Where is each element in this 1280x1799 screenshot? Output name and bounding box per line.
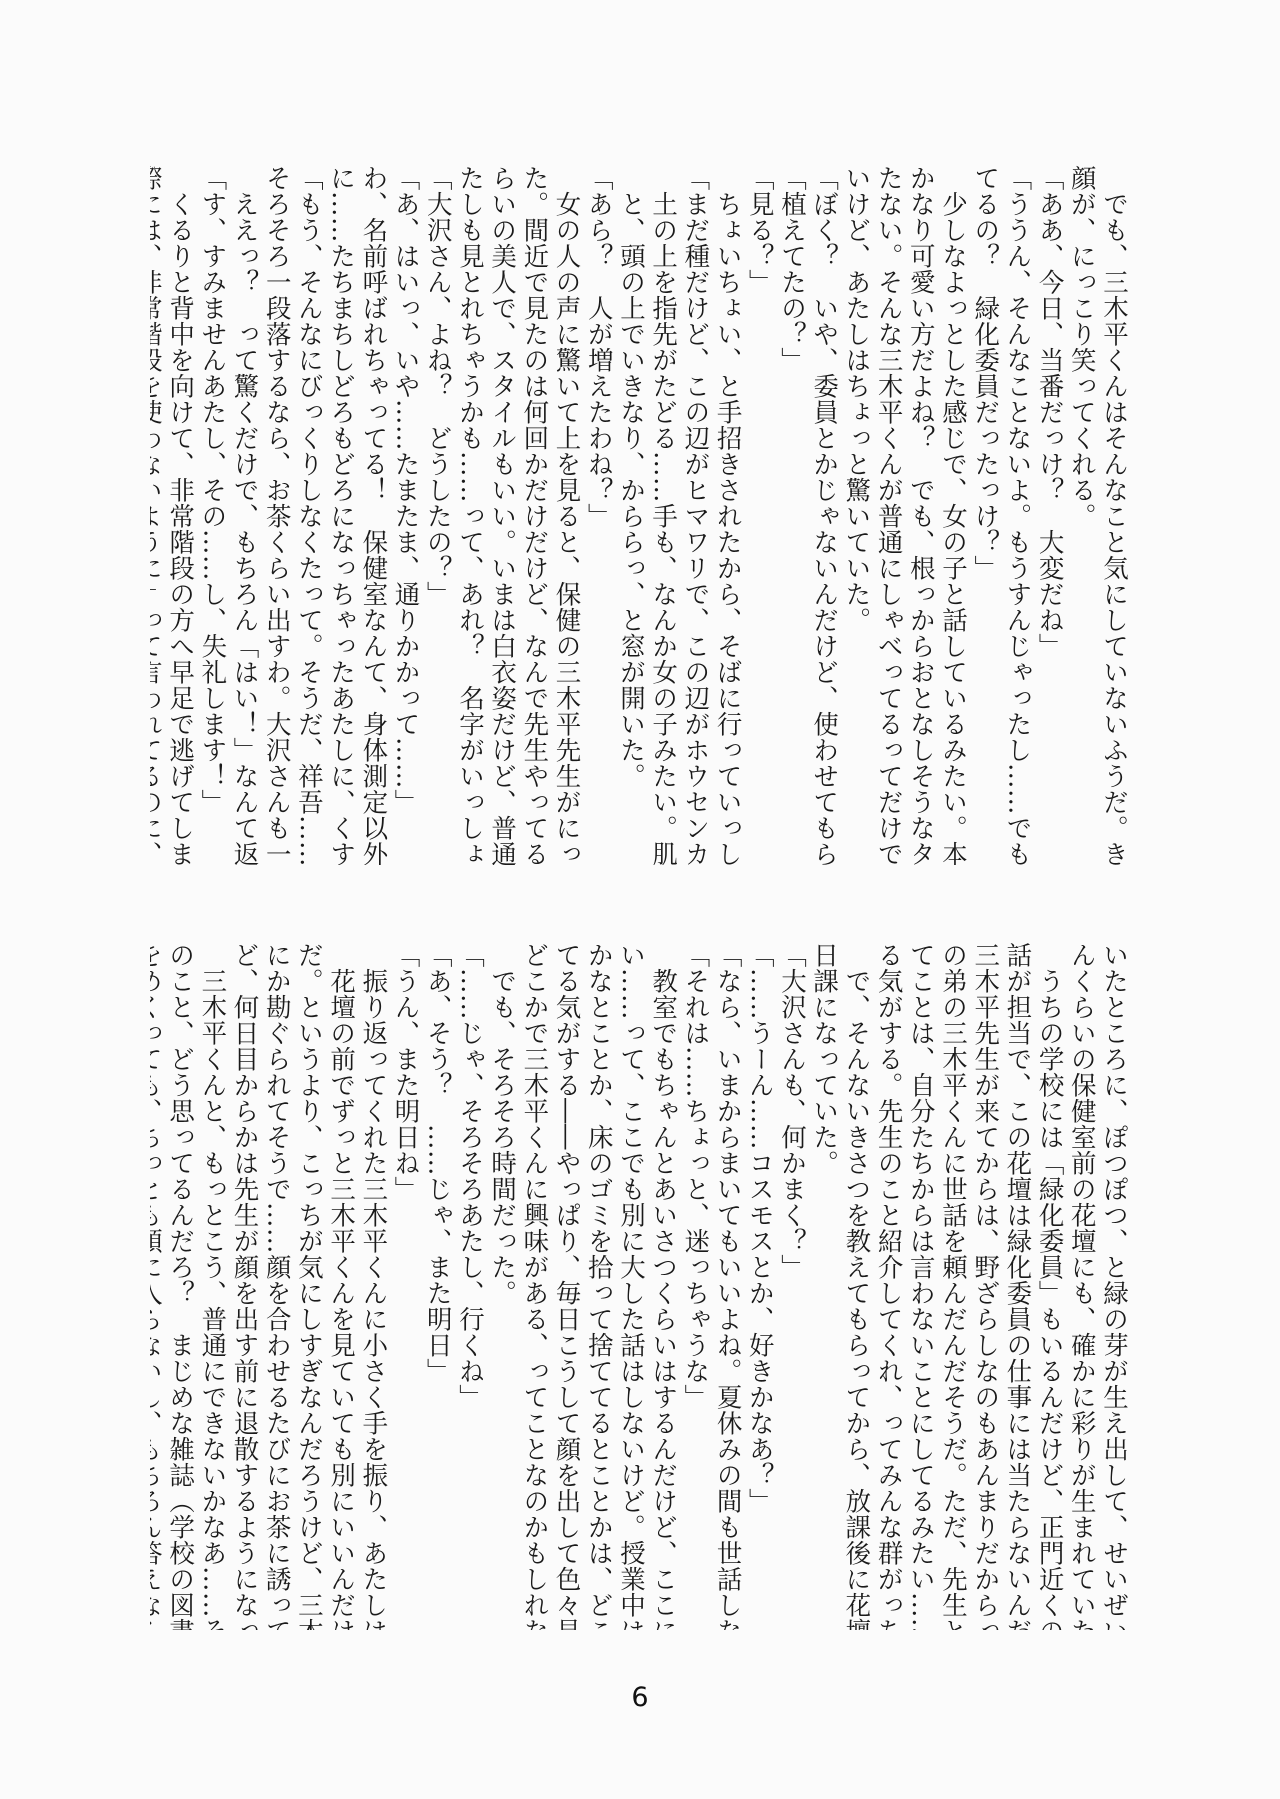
- text-line: 女の人の声に驚いて上を見ると、保健の三木平先生がにっこり笑顔を浮かべて: [550, 165, 582, 865]
- text-line: たしも見とれちゃうかも……って、あれ？ 名字がいっしょ、ってのは？: [454, 165, 486, 865]
- text-line: だ。というより、こっちが気にしすぎなんだろうけど、三木平くんとのことをな: [293, 942, 325, 1630]
- text-line: 三木平先生が来てからは、野ざらしなのもあんまりだからってことで、先生の実: [969, 942, 1001, 1630]
- text-block-top: でも、三木平くんはそんなこと気にしていないふうだ。きょとん、としていた 顔が、に…: [150, 165, 1130, 865]
- text-line: 「す、すみませんあたし、その……し、失礼します！」: [196, 165, 228, 865]
- text-line: 教室でもちゃんとあいさつくらいはするんだけど、ここにいる時ほどは話さな: [647, 942, 679, 1630]
- text-line: 「ううん、そんなことないよ。もうすんじゃったし……でも、三木平くんは何し: [1001, 165, 1033, 865]
- text-line: いたところに、ぽつぽつ、と緑の芽が生え出して、せいぜい畳一枚とちょっとぶ: [1098, 942, 1130, 1630]
- text-line: 「植えてたの？」: [776, 165, 808, 865]
- text-line: かなり可愛い方だよね？ でも、根っからおとなしそうなタイプで、いつも目立: [905, 165, 937, 865]
- text-line: 「あ、そう？ ……じゃ、また明日」: [422, 942, 454, 1630]
- text-line: る気がする。先生のこと紹介してくれ、ってみんな群がっちゃうもんね。: [872, 942, 904, 1630]
- text-line: で、そんないきさつを教えてもらってから、放課後に花壇をのぞいていくのが: [840, 942, 872, 1630]
- text-line: 「ああ、今日、当番だっけ？ 大変だね」: [1033, 165, 1065, 865]
- text-line: ええっ？ って驚くだけで、もちろん「はい！」なんて返事する度胸はない。: [228, 165, 260, 865]
- text-line: 日課になっていた。: [808, 942, 840, 1630]
- text-line: てるの？ 緑化委員だったっけ？」: [969, 165, 1001, 865]
- text-line: 三木平くんと、もっとこう、普通にできないかなあ……それに、先生はあたし: [196, 942, 228, 1630]
- text-line: 「それは……ちょっと、迷っちゃうな」: [679, 942, 711, 1630]
- text-line: ど、何日目からかは先生が顔を出す前に退散するようになっていた。: [228, 942, 260, 1630]
- text-line: そろそろ一段落するなら、お茶くらい出すわ。大沢さんも一緒にどう？」: [261, 165, 293, 865]
- text-line: をめくっても、ちっとも頭に入らないし、もちろん答えなんか出てこない。: [150, 942, 164, 1630]
- text-line: らいの美人で、スタイルもいい。いまは白衣姿だけど、普通の服で歩いてたらあ: [486, 165, 518, 865]
- text-line: でも、三木平くんはそんなこと気にしていないふうだ。きょとん、としていた: [1098, 165, 1130, 865]
- text-line: の弟の三木平くんに世話を頼んだんだそうだ。ただ、先生と三木平君が姉弟だっ: [937, 942, 969, 1630]
- text-line: 「ぼく？ いや、委員とかじゃないんだけど、使わせてもらえるっていうから」: [808, 165, 840, 865]
- page-number: 6: [0, 1682, 1280, 1713]
- text-line: 「大沢さん、よね？ どうしたの？」: [422, 165, 454, 865]
- text-line: 「なら、いまからまいてもいいよね。夏休みの間も世話しなきゃなんないけど」: [711, 942, 743, 1630]
- text-line: いけど、あたしはちょっと驚いていた。: [840, 165, 872, 865]
- text-line: に……たちまちしどろもどろになっちゃったあたしに、くす、と先生は笑った。: [325, 165, 357, 865]
- text-line: んくらいの保健室前の花壇にも、確かに彩りが生まれていた。: [1066, 942, 1098, 1630]
- text-block-bottom: いたところに、ぽつぽつ、と緑の芽が生え出して、せいぜい畳一枚とちょっとぶ んくら…: [150, 942, 1130, 1630]
- text-line: 「大沢さんも、何かまく？」: [776, 942, 808, 1630]
- text-line: 「あら？ 人が増えたわね？」: [583, 165, 615, 865]
- text-line: 「あ、はいっ、いや……たまたま、通りかかって……」: [389, 165, 421, 865]
- text-line: 「……じゃ、そろそろあたし、行くね」: [454, 942, 486, 1630]
- text-line: た。間近で見たのは何回かだけだけど、なんで先生やってるの？ って思えるく: [518, 165, 550, 865]
- text-line: 話が担当で、この花壇は緑化委員の仕事には当たらないんだって。で、おととし: [1001, 942, 1033, 1630]
- text-line: うちの学校には「緑化委員」もいるんだけど、正門近くの植え込みや芝生の世: [1033, 942, 1065, 1630]
- text-line: のこと、どう思ってるんだろ？ まじめな雑誌（学校の図書室だしね）のページ: [164, 942, 196, 1630]
- text-line: にか勘ぐられてそうで……顔を合わせるたびにお茶に誘ってくださってたんだけ: [261, 942, 293, 1630]
- text-line: 顔が、にっこり笑ってくれる。: [1066, 165, 1098, 865]
- text-line: くるりと背中を向けて、非常階段の方へ早足で逃げてしまった。「普段の通行の: [164, 165, 196, 865]
- text-line: 花壇の前でずっと三木平くんを見ていても別にいいんだけど、先生は少し苦手: [325, 942, 357, 1630]
- text-line: 際には、非常階段を使わないように」って言われてるのに、先生の目の前で。: [150, 165, 164, 865]
- text-line: 少しなよっとした感じで、女の子と話しているみたい。本当に女の子だったら、: [937, 165, 969, 865]
- text-line: てことは、自分たちからは言わないことにしてるみたい……その理由はよく分か: [905, 942, 937, 1630]
- text-line: 「……うーん……コスモスとか、好きかなあ？」: [744, 942, 776, 1630]
- text-line: 「見る？」: [744, 165, 776, 865]
- text-line: たない。そんな三木平くんが普通にしゃべってるってだけで、三木平くんには悪: [872, 165, 904, 865]
- document-page: でも、三木平くんはそんなこと気にしていないふうだ。きょとん、としていた 顔が、に…: [0, 0, 1280, 1799]
- text-line: い……って、ここでも別に大した話はしないけど。授業中はいつも落ち着いて静: [615, 942, 647, 1630]
- text-line: 土の上を指先がたどる……手も、なんか女の子みたい。肌も白いし。: [647, 165, 679, 865]
- text-line: どこかで三木平くんに興味がある、ってことなのかもしれないな。: [518, 942, 550, 1630]
- text-line: と、頭の上でいきなり、かららっ、と窓が開いた。: [615, 165, 647, 865]
- text-line: わ、名前呼ばれちゃってる！ 保健室なんて、身体測定以外で来たことないの: [357, 165, 389, 865]
- text-line: てる気がする――やっぱり、毎日こうして顔を出して色々見比べてたりするのは、: [550, 942, 582, 1630]
- text-line: 「まだ種だけど、この辺がヒマワリで、この辺がホウセンカ。咲くのは七月かな」: [679, 165, 711, 865]
- text-line: 「うん、また明日ね」: [389, 942, 421, 1630]
- text-line: でも、そろそろ時間だった。: [486, 942, 518, 1630]
- text-line: かなとことか、床のゴミを拾って捨ててるとことかは、どこかいまの姿とも通じ: [583, 942, 615, 1630]
- text-line: ちょいちょい、と手招きされたから、そばに行っていっしょにしゃがみこむ。: [711, 165, 743, 865]
- text-line: 振り返ってくれた三木平くんに小さく手を振り、あたしは図書室に足を向けた。: [357, 942, 389, 1630]
- text-line: 「もう、そんなにびっくりしなくたって。そうだ、祥吾……じゃない、三木平君？: [293, 165, 325, 865]
